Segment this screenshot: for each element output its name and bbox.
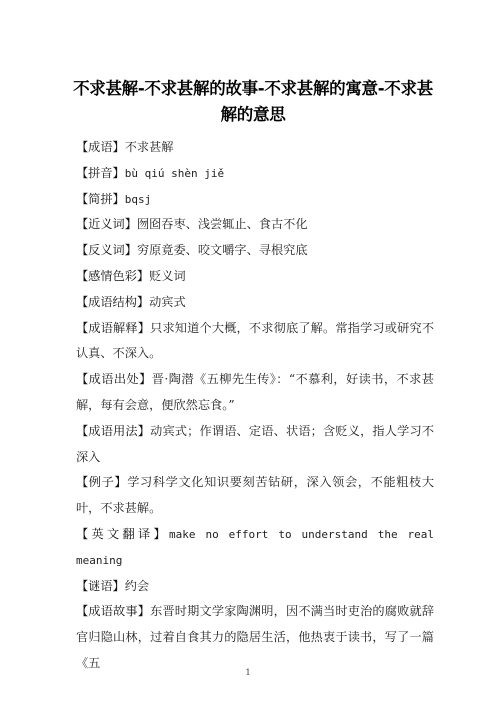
entry-explanation: 【成语解释】只求知道个大概，不求彻底了解。常指学习或研究不认真、不深入。 bbox=[76, 316, 434, 368]
entry-label: 【成语】 bbox=[76, 140, 125, 154]
entry-label: 【感情色彩】 bbox=[76, 269, 149, 283]
entry-english: 【英文翻译】make no effort to understand the r… bbox=[76, 522, 434, 574]
entry-label: 【成语结构】 bbox=[76, 295, 149, 309]
entry-riddle: 【谜语】约会 bbox=[76, 574, 434, 600]
entry-example: 【例子】学习科学文化知识要刻苦钻研，深入领会，不能粗枝大叶，不求甚解。 bbox=[76, 470, 434, 522]
entry-synonyms: 【近义词】囫囵吞枣、浅尝辄止、食古不化 bbox=[76, 212, 434, 238]
entry-label: 【简拼】 bbox=[76, 192, 125, 206]
document-title: 不求甚解-不求甚解的故事-不求甚解的寓意-不求甚解的意思 bbox=[70, 76, 436, 128]
entry-value: bù qiú shèn jiě bbox=[125, 167, 224, 180]
entry-source: 【成语出处】晋·陶潜《五柳先生传》：“不慕利，好读书，不求甚解，每有会意，便欣然… bbox=[76, 367, 434, 419]
entry-label: 【成语用法】 bbox=[76, 424, 150, 438]
entry-value: 学习科学文化知识要刻苦钻研，深入领会，不能粗枝大叶，不求甚解。 bbox=[76, 475, 434, 515]
entry-label: 【近义词】 bbox=[76, 217, 137, 231]
entry-label: 【成语故事】 bbox=[76, 604, 150, 618]
entry-label: 【成语解释】 bbox=[76, 321, 150, 335]
document-body: 【成语】不求甚解 【拼音】bù qiú shèn jiě 【简拼】bqsj 【近… bbox=[76, 135, 434, 677]
page-number: 1 bbox=[0, 668, 496, 677]
document-page: 不求甚解-不求甚解的故事-不求甚解的寓意-不求甚解的意思 【成语】不求甚解 【拼… bbox=[0, 0, 496, 702]
entry-sentiment: 【感情色彩】贬义词 bbox=[76, 264, 434, 290]
entry-usage: 【成语用法】动宾式；作谓语、定语、状语；含贬义，指人学习不深入 bbox=[76, 419, 434, 471]
entry-abbrev-pinyin: 【简拼】bqsj bbox=[76, 187, 434, 213]
entry-value: 不求甚解 bbox=[125, 140, 174, 154]
entry-value: 动宾式 bbox=[149, 295, 186, 309]
entry-story: 【成语故事】东晋时期文学家陶渊明，因不满当时吏治的腐败就辞官归隐山林，过着自食其… bbox=[76, 599, 434, 676]
entry-value: 贬义词 bbox=[149, 269, 186, 283]
entry-idiom: 【成语】不求甚解 bbox=[76, 135, 434, 161]
entry-value: 囫囵吞枣、浅尝辄止、食古不化 bbox=[137, 217, 308, 231]
entry-label: 【拼音】 bbox=[76, 166, 125, 180]
entry-label: 【英文翻译】 bbox=[76, 527, 169, 541]
entry-value: 约会 bbox=[125, 579, 149, 593]
entry-value: 穷原竟委、咬文嚼字、寻根究底 bbox=[137, 243, 308, 257]
entry-pinyin: 【拼音】bù qiú shèn jiě bbox=[76, 161, 434, 187]
entry-label: 【反义词】 bbox=[76, 243, 137, 257]
entry-label: 【成语出处】 bbox=[76, 372, 152, 386]
entry-antonyms: 【反义词】穷原竟委、咬文嚼字、寻根究底 bbox=[76, 238, 434, 264]
entry-structure: 【成语结构】动宾式 bbox=[76, 290, 434, 316]
entry-label: 【例子】 bbox=[76, 475, 127, 489]
entry-label: 【谜语】 bbox=[76, 579, 125, 593]
entry-value: bqsj bbox=[125, 193, 152, 206]
